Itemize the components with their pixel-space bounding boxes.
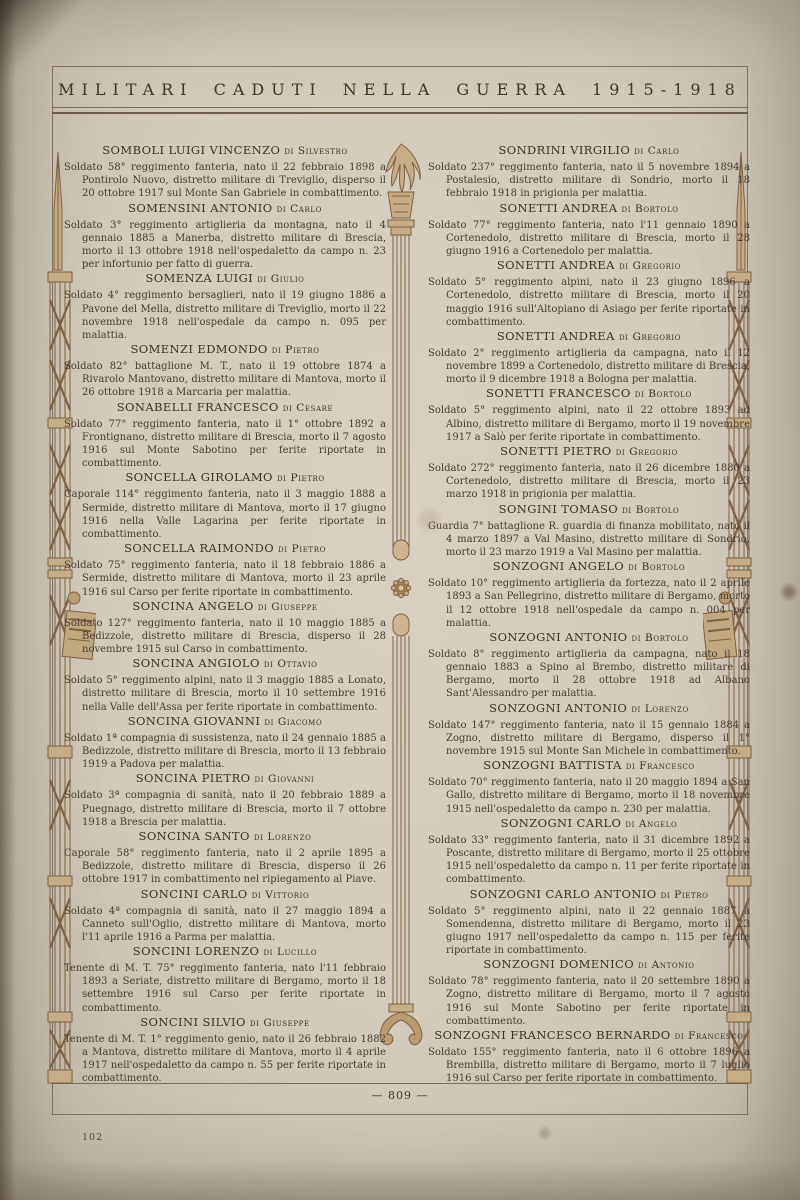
- soldier-entry: SONZOGNI ANTONIO di Bortolo Soldato 8° r…: [428, 630, 750, 701]
- soldier-record-text: Soldato 82° battaglione M. T., nato il 1…: [64, 360, 386, 400]
- soldier-name: SONZOGNI FRANCESCO BERNARDO: [434, 1028, 670, 1042]
- soldier-name-heading: SONCINI SILVIO di Giuseppe: [64, 1015, 386, 1029]
- soldier-entry: SONETTI PIETRO di Gregorio Soldato 272° …: [428, 444, 750, 502]
- soldier-father: di Carlo: [634, 145, 679, 157]
- soldier-entry: SOMENSINI ANTONIO di Carlo Soldato 3° re…: [64, 201, 386, 272]
- soldier-record-text: Soldato 3ª compagnia di sanità, nato il …: [64, 789, 386, 829]
- soldier-record-text: Soldato 3° reggimento artiglieria da mon…: [64, 219, 386, 272]
- soldier-name-heading: SONZOGNI ANGELO di Bortolo: [428, 559, 750, 573]
- soldier-record-text: Soldato 155° reggimento fanteria, nato i…: [428, 1046, 750, 1086]
- soldier-entry: SONCINA ANGELO di Giuseppe Soldato 127° …: [64, 599, 386, 657]
- soldier-father: di Antonio: [638, 959, 694, 971]
- soldier-name-heading: SONZOGNI BATTISTA di Francesco: [428, 758, 750, 772]
- soldier-name-heading: SONCINA ANGIOLO di Ottavio: [64, 656, 386, 670]
- soldier-father: di Giovanni: [255, 773, 315, 785]
- soldier-name: SONCELLA RAIMONDO: [124, 541, 274, 555]
- soldier-name: SONZOGNI DOMENICO: [483, 957, 634, 971]
- soldier-father: di Bortolo: [628, 561, 685, 573]
- soldier-entry: SONDRINI VIRGILIO di Carlo Soldato 237° …: [428, 143, 750, 201]
- soldier-name: SONZOGNI CARLO ANTONIO: [470, 887, 657, 901]
- soldier-father: di Giulio: [257, 273, 304, 285]
- soldier-record-text: Soldato 33° reggimento fanteria, nato il…: [428, 834, 750, 887]
- soldier-entry: SONETTI FRANCESCO di Bortolo Soldato 5° …: [428, 386, 750, 444]
- soldier-name-heading: SONABELLI FRANCESCO di Cesare: [64, 400, 386, 414]
- header-rule-thin: [52, 107, 748, 108]
- soldier-record-text: Soldato 70° reggimento fanteria, nato il…: [428, 776, 750, 816]
- soldier-name: SONZOGNI CARLO: [501, 816, 622, 830]
- soldier-record-text: Soldato 127° reggimento fanteria, nato i…: [64, 617, 386, 657]
- soldier-record-text: Soldato 10° reggimento artiglieria da fo…: [428, 577, 750, 630]
- soldier-father: di Gregorio: [619, 331, 681, 343]
- soldier-father: di Cesare: [283, 402, 334, 414]
- soldier-name-heading: SOMENZA LUIGI di Giulio: [64, 271, 386, 285]
- corner-mark: 102: [82, 1132, 103, 1143]
- soldier-father: di Francesco: [675, 1030, 744, 1042]
- soldier-name: SONCINI LORENZO: [133, 944, 260, 958]
- soldier-record-text: Soldato 1ª compagnia di sussistenza, nat…: [64, 732, 386, 772]
- soldier-father: di Bortolo: [622, 203, 679, 215]
- soldier-name-heading: SONETTI ANDREA di Gregorio: [428, 258, 750, 272]
- footer-rule: [52, 1083, 748, 1084]
- soldier-record-text: Soldato 4ª compagnia di sanità, nato il …: [64, 905, 386, 945]
- soldier-name: SONCINA ANGIOLO: [132, 656, 259, 670]
- soldier-father: di Angelo: [625, 818, 677, 830]
- soldier-father: di Silvestro: [284, 145, 347, 157]
- soldier-name: SOMBOLI LUIGI VINCENZO: [102, 143, 280, 157]
- soldier-name-heading: SONZOGNI FRANCESCO BERNARDO di Francesco: [428, 1028, 750, 1042]
- soldier-father: di Giacomo: [264, 716, 322, 728]
- soldier-name-heading: SONETTI FRANCESCO di Bortolo: [428, 386, 750, 400]
- soldier-father: di Bortolo: [632, 632, 689, 644]
- soldier-name-heading: SONETTI PIETRO di Gregorio: [428, 444, 750, 458]
- soldier-record-text: Soldato 5° reggimento alpini, nato il 22…: [428, 404, 750, 444]
- soldier-name: SONDRINI VIRGILIO: [498, 143, 630, 157]
- soldier-father: di Lorenzo: [631, 703, 689, 715]
- soldier-name-heading: SONCINA SANTO di Lorenzo: [64, 829, 386, 843]
- soldier-name-heading: SOMENSINI ANTONIO di Carlo: [64, 201, 386, 215]
- soldier-father: di Pietro: [277, 472, 325, 484]
- soldier-entry: SONCINA PIETRO di Giovanni Soldato 3ª co…: [64, 771, 386, 829]
- page-number: — 809 —: [52, 1089, 748, 1102]
- soldier-record-text: Soldato 5° reggimento alpini, nato il 3 …: [64, 674, 386, 714]
- right-column: SONDRINI VIRGILIO di Carlo Soldato 237° …: [428, 143, 750, 1075]
- soldier-father: di Lucillo: [263, 946, 317, 958]
- soldier-entry: SONABELLI FRANCESCO di Cesare Soldato 77…: [64, 400, 386, 471]
- soldier-entry: SOMBOLI LUIGI VINCENZO di Silvestro Sold…: [64, 143, 386, 201]
- soldier-father: di Gregorio: [619, 260, 681, 272]
- soldier-entry: SONETTI ANDREA di Bortolo Soldato 77° re…: [428, 201, 750, 259]
- soldier-entry: SONCINI SILVIO di Giuseppe Tenente di M.…: [64, 1015, 386, 1086]
- soldier-entry: SONCINI CARLO di Vittorio Soldato 4ª com…: [64, 887, 386, 945]
- soldier-record-text: Guardia 7° battaglione R. guardia di fin…: [428, 520, 750, 560]
- soldier-record-text: Soldato 77° reggimento fanteria, nato il…: [64, 418, 386, 471]
- soldier-entry: SONZOGNI CARLO di Angelo Soldato 33° reg…: [428, 816, 750, 887]
- soldier-record-text: Soldato 58° reggimento fanteria, nato il…: [64, 161, 386, 201]
- soldier-father: di Bortolo: [635, 388, 692, 400]
- soldier-entry: SONETTI ANDREA di Gregorio Soldato 5° re…: [428, 258, 750, 329]
- soldier-name: SONCINA SANTO: [139, 829, 250, 843]
- soldier-father: di Gregorio: [616, 446, 678, 458]
- soldier-father: di Bortolo: [622, 504, 679, 516]
- soldier-name: SONCINI SILVIO: [140, 1015, 246, 1029]
- soldier-name: SOMENSINI ANTONIO: [128, 201, 273, 215]
- soldier-entry: SOMENZI EDMONDO di Pietro Soldato 82° ba…: [64, 342, 386, 400]
- soldier-name: SONCINA GIOVANNI: [128, 714, 261, 728]
- soldier-entry: SONZOGNI BATTISTA di Francesco Soldato 7…: [428, 758, 750, 816]
- soldier-name-heading: SONCELLA RAIMONDO di Pietro: [64, 541, 386, 555]
- soldier-father: di Vittorio: [252, 889, 310, 901]
- soldier-record-text: Soldato 2° reggimento artiglieria da cam…: [428, 347, 750, 387]
- soldier-name-heading: SONCELLA GIROLAMO di Pietro: [64, 470, 386, 484]
- soldier-entry: SONZOGNI CARLO ANTONIO di Pietro Soldato…: [428, 887, 750, 958]
- soldier-record-text: Tenente di M. T. 1° reggimento genio, na…: [64, 1033, 386, 1086]
- soldier-name-heading: SOMENZI EDMONDO di Pietro: [64, 342, 386, 356]
- soldier-entry: SONZOGNI FRANCESCO BERNARDO di Francesco…: [428, 1028, 750, 1086]
- soldier-father: di Giuseppe: [258, 601, 318, 613]
- soldier-name-heading: SONCINA GIOVANNI di Giacomo: [64, 714, 386, 728]
- soldier-name-heading: SONCINA ANGELO di Giuseppe: [64, 599, 386, 613]
- soldier-father: di Pietro: [278, 543, 326, 555]
- soldier-name-heading: SONETTI ANDREA di Gregorio: [428, 329, 750, 343]
- soldier-entry: SONZOGNI ANGELO di Bortolo Soldato 10° r…: [428, 559, 750, 630]
- soldier-name: SONZOGNI ANGELO: [493, 559, 624, 573]
- soldier-record-text: Soldato 5° reggimento alpini, nato il 23…: [428, 276, 750, 329]
- soldier-name: SONETTI ANDREA: [497, 329, 615, 343]
- soldier-record-text: Soldato 272° reggimento fanteria, nato i…: [428, 462, 750, 502]
- soldier-name: SONETTI ANDREA: [497, 258, 615, 272]
- soldier-entry: SONCINA SANTO di Lorenzo Caporale 58° re…: [64, 829, 386, 887]
- scanned-book-page: MILITARI CADUTI NELLA GUERRA 1915-1918: [0, 0, 800, 1200]
- soldier-record-text: Soldato 147° reggimento fanteria, nato i…: [428, 719, 750, 759]
- soldier-entry: SONETTI ANDREA di Gregorio Soldato 2° re…: [428, 329, 750, 387]
- soldier-name-heading: SONZOGNI DOMENICO di Antonio: [428, 957, 750, 971]
- soldier-entry: SONCINI LORENZO di Lucillo Tenente di M.…: [64, 944, 386, 1015]
- soldier-name-heading: SONETTI ANDREA di Bortolo: [428, 201, 750, 215]
- soldier-name-heading: SONGINI TOMASO di Bortolo: [428, 502, 750, 516]
- soldier-entry: SONCELLA RAIMONDO di Pietro Soldato 75° …: [64, 541, 386, 599]
- soldier-entry: SONCELLA GIROLAMO di Pietro Caporale 114…: [64, 470, 386, 541]
- soldier-name-heading: SONCINA PIETRO di Giovanni: [64, 771, 386, 785]
- left-column: SOMBOLI LUIGI VINCENZO di Silvestro Sold…: [64, 143, 386, 1075]
- header-rule-thick: [52, 112, 748, 114]
- soldier-name: SONZOGNI ANTONIO: [489, 701, 627, 715]
- soldier-name-heading: SOMBOLI LUIGI VINCENZO di Silvestro: [64, 143, 386, 157]
- soldier-name: SONETTI FRANCESCO: [486, 386, 631, 400]
- soldier-name: SONABELLI FRANCESCO: [117, 400, 279, 414]
- soldier-father: di Pietro: [661, 889, 709, 901]
- soldier-name-heading: SONZOGNI ANTONIO di Lorenzo: [428, 701, 750, 715]
- soldier-record-text: Soldato 78° reggimento fanteria, nato il…: [428, 975, 750, 1028]
- soldier-name: SONCINA PIETRO: [136, 771, 251, 785]
- soldier-name: SONETTI ANDREA: [499, 201, 617, 215]
- soldier-entry: SONCINA ANGIOLO di Ottavio Soldato 5° re…: [64, 656, 386, 714]
- soldier-record-text: Caporale 58° reggimento fanteria, nato i…: [64, 847, 386, 887]
- soldier-entry: SONZOGNI DOMENICO di Antonio Soldato 78°…: [428, 957, 750, 1028]
- soldier-entry: SONZOGNI ANTONIO di Lorenzo Soldato 147°…: [428, 701, 750, 759]
- soldier-entry: SONGINI TOMASO di Bortolo Guardia 7° bat…: [428, 502, 750, 560]
- soldier-name-heading: SONCINI CARLO di Vittorio: [64, 887, 386, 901]
- soldier-name-heading: SONDRINI VIRGILIO di Carlo: [428, 143, 750, 157]
- soldier-father: di Giuseppe: [250, 1017, 310, 1029]
- soldier-record-text: Soldato 8° reggimento artiglieria da cam…: [428, 648, 750, 701]
- soldier-name: SONCELLA GIROLAMO: [125, 470, 273, 484]
- soldier-record-text: Tenente di M. T. 75° reggimento fanteria…: [64, 962, 386, 1015]
- soldier-name: SOMENZA LUIGI: [145, 271, 253, 285]
- soldier-record-text: Soldato 4° reggimento bersaglieri, nato …: [64, 289, 386, 342]
- soldier-record-text: Soldato 237° reggimento fanteria, nato i…: [428, 161, 750, 201]
- page-title: MILITARI CADUTI NELLA GUERRA 1915-1918: [52, 80, 748, 99]
- soldier-name: SONGINI TOMASO: [499, 502, 618, 516]
- soldier-name: SONCINI CARLO: [141, 887, 248, 901]
- soldier-name-heading: SONZOGNI CARLO di Angelo: [428, 816, 750, 830]
- soldier-father: di Lorenzo: [254, 831, 312, 843]
- soldier-name: SONZOGNI ANTONIO: [489, 630, 627, 644]
- soldier-record-text: Soldato 77° reggimento fanteria, nato l'…: [428, 219, 750, 259]
- soldier-name-heading: SONZOGNI CARLO ANTONIO di Pietro: [428, 887, 750, 901]
- soldier-name: SONCINA ANGELO: [132, 599, 253, 613]
- soldier-record-text: Soldato 5° reggimento alpini, nato il 22…: [428, 905, 750, 958]
- soldier-record-text: Soldato 75° reggimento fanteria, nato il…: [64, 559, 386, 599]
- soldier-name-heading: SONCINI LORENZO di Lucillo: [64, 944, 386, 958]
- soldier-father: di Ottavio: [264, 658, 318, 670]
- soldier-name: SOMENZI EDMONDO: [130, 342, 267, 356]
- soldier-entry: SOMENZA LUIGI di Giulio Soldato 4° reggi…: [64, 271, 386, 342]
- soldier-name: SONZOGNI BATTISTA: [483, 758, 621, 772]
- soldier-father: di Carlo: [277, 203, 322, 215]
- soldier-father: di Francesco: [626, 760, 695, 772]
- soldier-father: di Pietro: [272, 344, 320, 356]
- soldier-record-text: Caporale 114° reggimento fanteria, nato …: [64, 488, 386, 541]
- soldier-name-heading: SONZOGNI ANTONIO di Bortolo: [428, 630, 750, 644]
- soldier-name: SONETTI PIETRO: [500, 444, 612, 458]
- soldier-entry: SONCINA GIOVANNI di Giacomo Soldato 1ª c…: [64, 714, 386, 772]
